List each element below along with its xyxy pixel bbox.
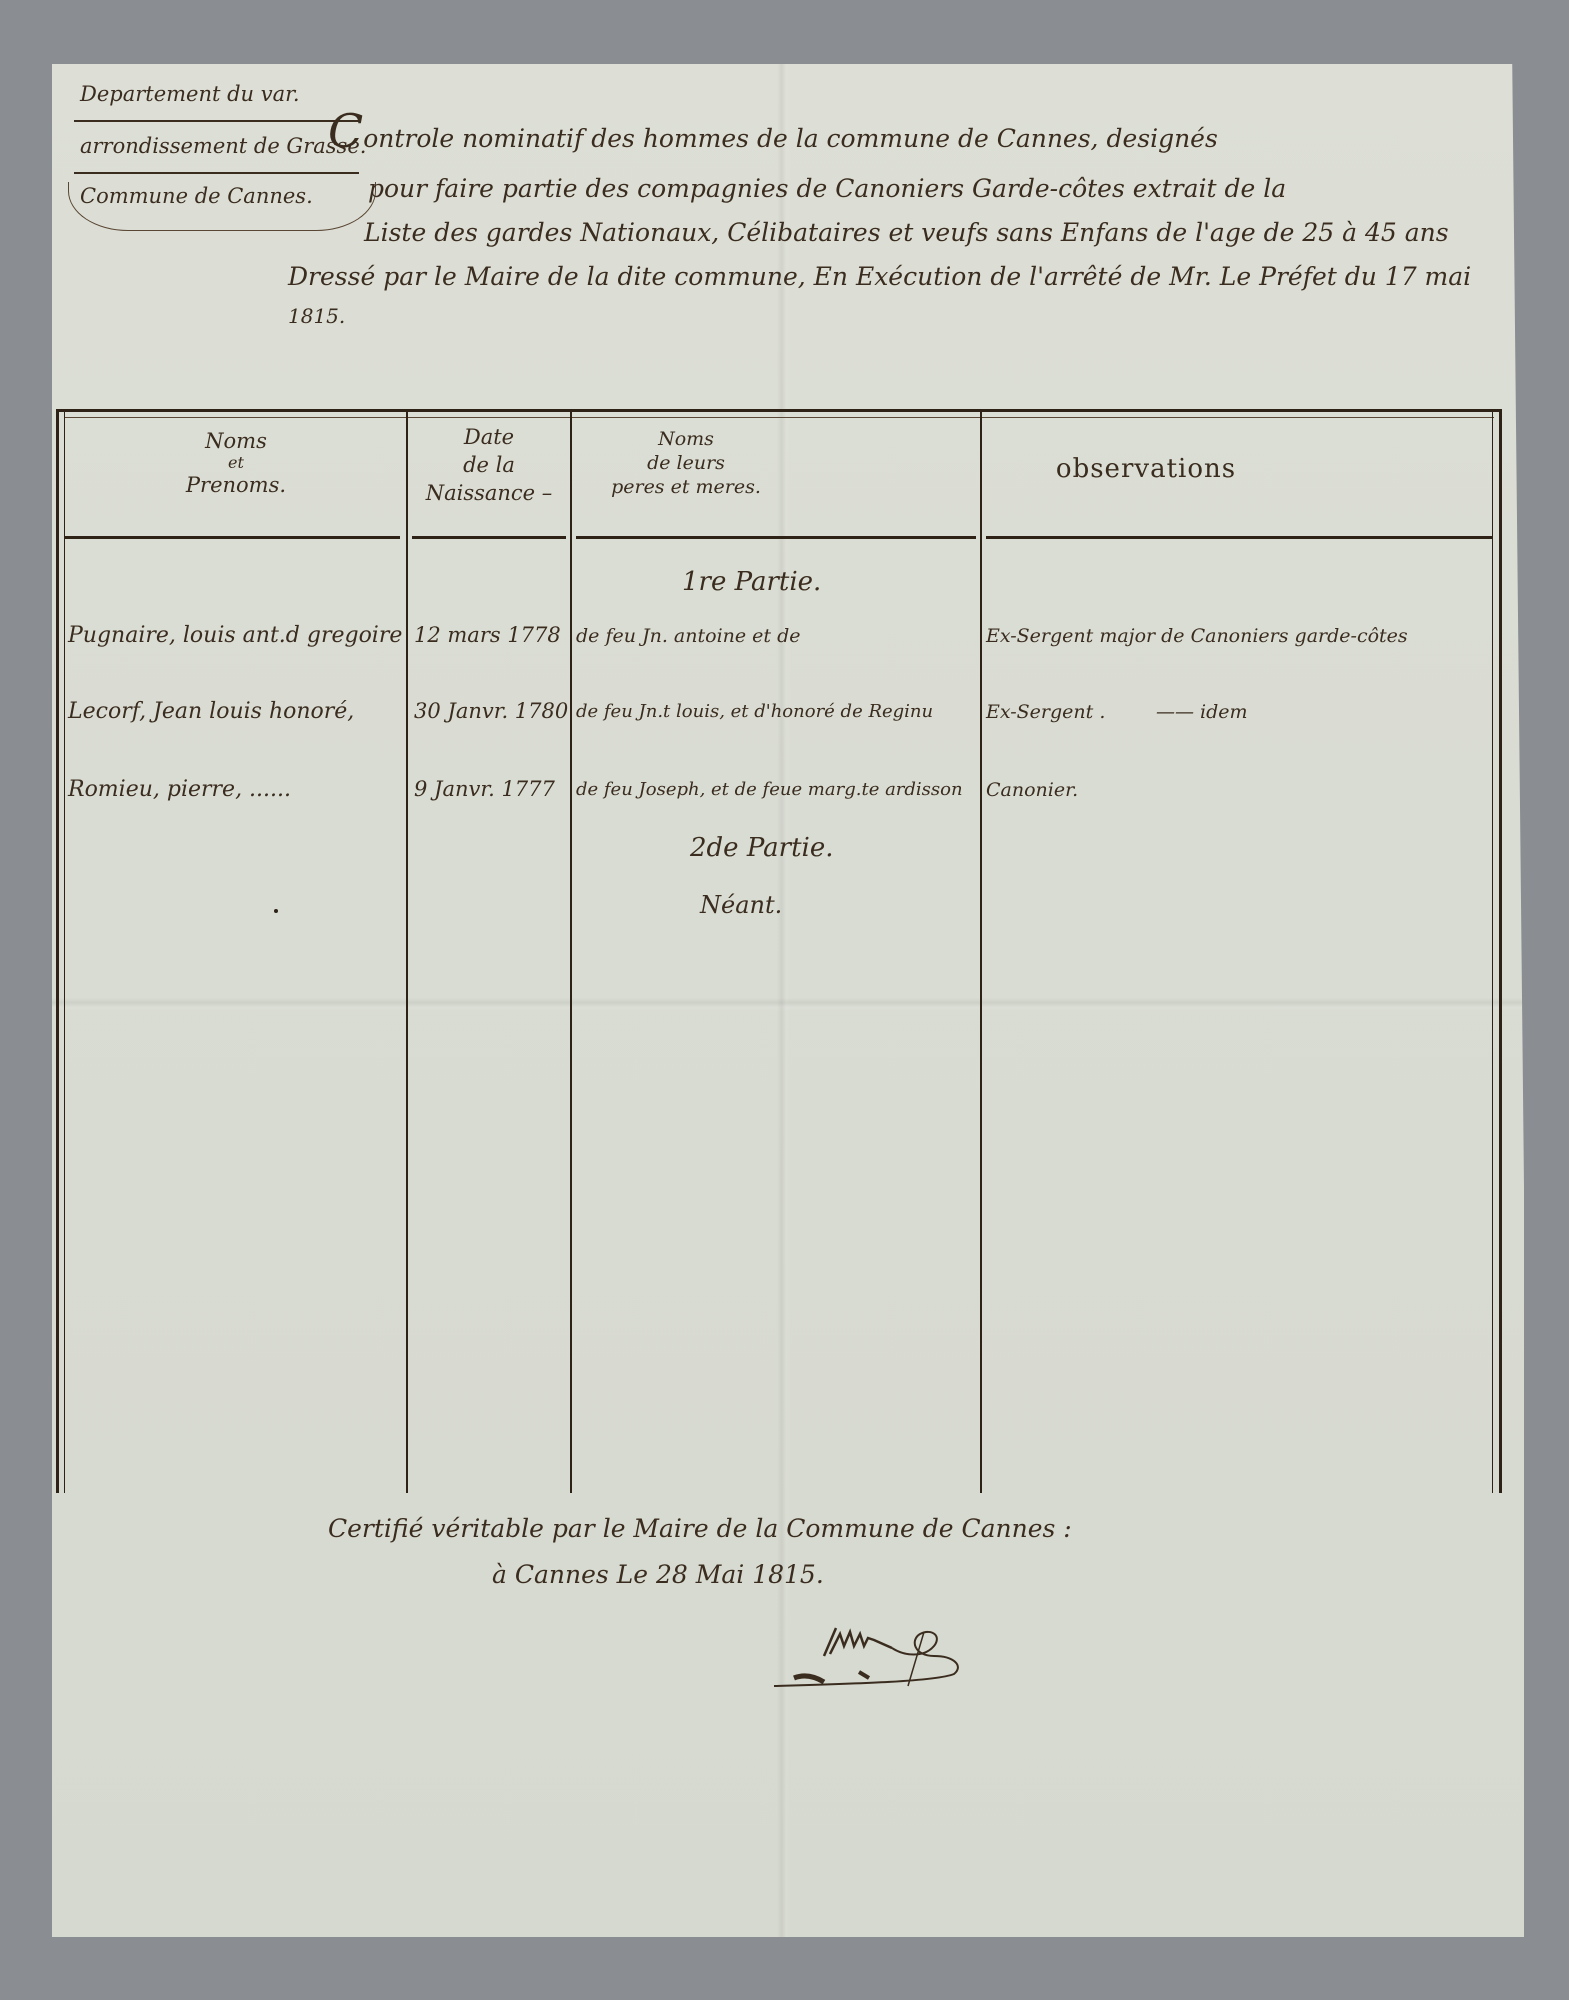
- header-text: et: [116, 455, 356, 471]
- header-underline: [412, 536, 566, 539]
- mayor-signature: [764, 1616, 984, 1696]
- header-underline: [576, 536, 976, 539]
- row-2-observations: Ex-Sergent .: [986, 701, 1105, 723]
- header-text: peres et meres.: [586, 475, 786, 499]
- document-page: Departement du var. arrondissement de Gr…: [52, 64, 1524, 1937]
- certification-text: Certifié véritable par le Maire de la Co…: [328, 1514, 1072, 1543]
- signature-icon: [764, 1616, 984, 1696]
- ink-speck: [274, 909, 278, 913]
- row-1-name: Pugnaire, louis ant.d gregoire: [68, 623, 402, 648]
- table-inner-top-border: [64, 417, 1494, 418]
- row-3-observations: Canonier.: [986, 779, 1078, 801]
- department-label: Departement du var.: [74, 82, 380, 106]
- section-2-value: Néant.: [700, 891, 782, 919]
- row-2-name: Lecorf, Jean louis honoré,: [68, 699, 354, 724]
- header-text: de la: [412, 451, 566, 479]
- row-1-observations: Ex-Sergent major de Canoniers garde-côte…: [986, 625, 1408, 647]
- header-text: Prenoms.: [116, 471, 356, 499]
- section-1-heading: 1re Partie.: [682, 567, 821, 597]
- row-3-name: Romieu, pierre, ......: [68, 777, 291, 802]
- column-divider: [406, 409, 408, 1493]
- column-divider: [980, 409, 982, 1493]
- table-left-inner-border: [64, 409, 65, 1493]
- row-3-parents: de feu Joseph, et de feue marg.te ardiss…: [576, 779, 963, 800]
- title-line-1-text: ontrole nominatif des hommes de la commu…: [363, 124, 1218, 153]
- header-text: Noms: [116, 427, 356, 455]
- header-underline: [986, 536, 1492, 539]
- header-divider: [74, 120, 359, 122]
- row-1-birth-date: 12 mars 1778: [414, 623, 561, 647]
- column-divider: [570, 409, 572, 1493]
- section-2-heading: 2de Partie.: [690, 833, 834, 863]
- header-text: Noms: [586, 427, 786, 451]
- header-text: de leurs: [586, 451, 786, 475]
- register-table: Noms et Prenoms. Date de la Naissance – …: [56, 409, 1502, 1493]
- table-right-border: [1499, 409, 1502, 1493]
- header-text: Date: [412, 423, 566, 451]
- row-3-birth-date: 9 Janvr. 1777: [414, 777, 555, 801]
- table-left-border: [56, 409, 59, 1493]
- header-underline: [64, 536, 400, 539]
- title-line-2: pour faire partie des compagnies de Cano…: [368, 174, 1286, 203]
- header-divider: [74, 172, 359, 174]
- place-date-text: à Cannes Le 28 Mai 1815.: [492, 1560, 824, 1589]
- row-1-parents: de feu Jn. antoine et de: [576, 625, 801, 647]
- title-line-3: Liste des gardes Nationaux, Célibataires…: [364, 218, 1449, 247]
- column-header-observations: observations: [986, 455, 1306, 483]
- header-bracket-flourish: [68, 182, 376, 231]
- title-line-4: Dressé par le Maire de la dite commune, …: [288, 262, 1471, 291]
- header-text: Naissance –: [412, 479, 566, 507]
- table-top-border: [56, 409, 1502, 412]
- table-right-inner-border: [1492, 409, 1493, 1493]
- title-line-5: 1815.: [288, 304, 345, 328]
- row-2-parents: de feu Jn.t louis, et d'honoré de Reginu: [576, 701, 933, 722]
- column-header-parents: Noms de leurs peres et meres.: [586, 427, 786, 499]
- row-2-birth-date: 30 Janvr. 1780: [414, 699, 568, 723]
- column-header-names: Noms et Prenoms.: [116, 427, 356, 499]
- title-initial: C: [328, 104, 363, 158]
- title-line-1: Controle nominatif des hommes de la comm…: [328, 104, 1218, 158]
- row-2-observations-idem: —— idem: [1156, 701, 1248, 723]
- column-header-birth-date: Date de la Naissance –: [412, 423, 566, 507]
